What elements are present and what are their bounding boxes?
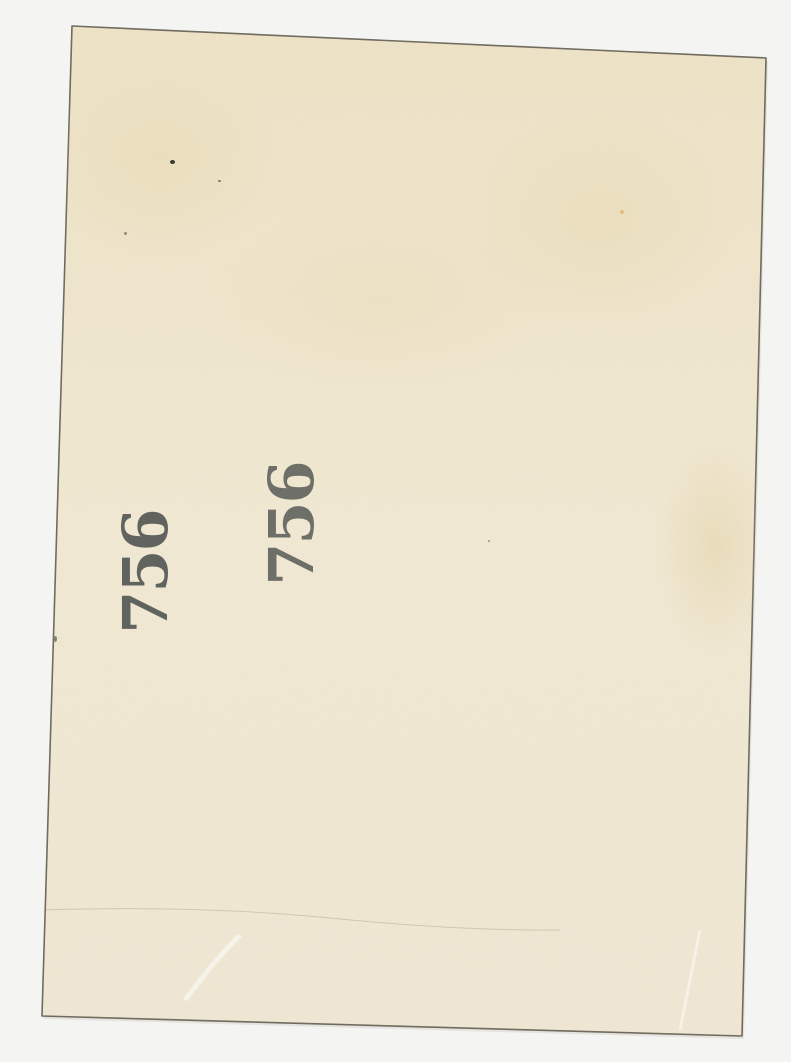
ink-speck	[124, 232, 127, 235]
stain-speck	[620, 210, 624, 214]
stamped-number: 756	[115, 502, 177, 642]
ink-speck	[170, 160, 175, 164]
ink-speck	[54, 636, 57, 642]
ink-speck	[488, 540, 490, 542]
scan-background: 756 756	[0, 0, 791, 1062]
stamped-number: 756	[261, 454, 323, 594]
photo-card-back: 756 756	[0, 0, 791, 1062]
ink-speck	[218, 180, 221, 182]
